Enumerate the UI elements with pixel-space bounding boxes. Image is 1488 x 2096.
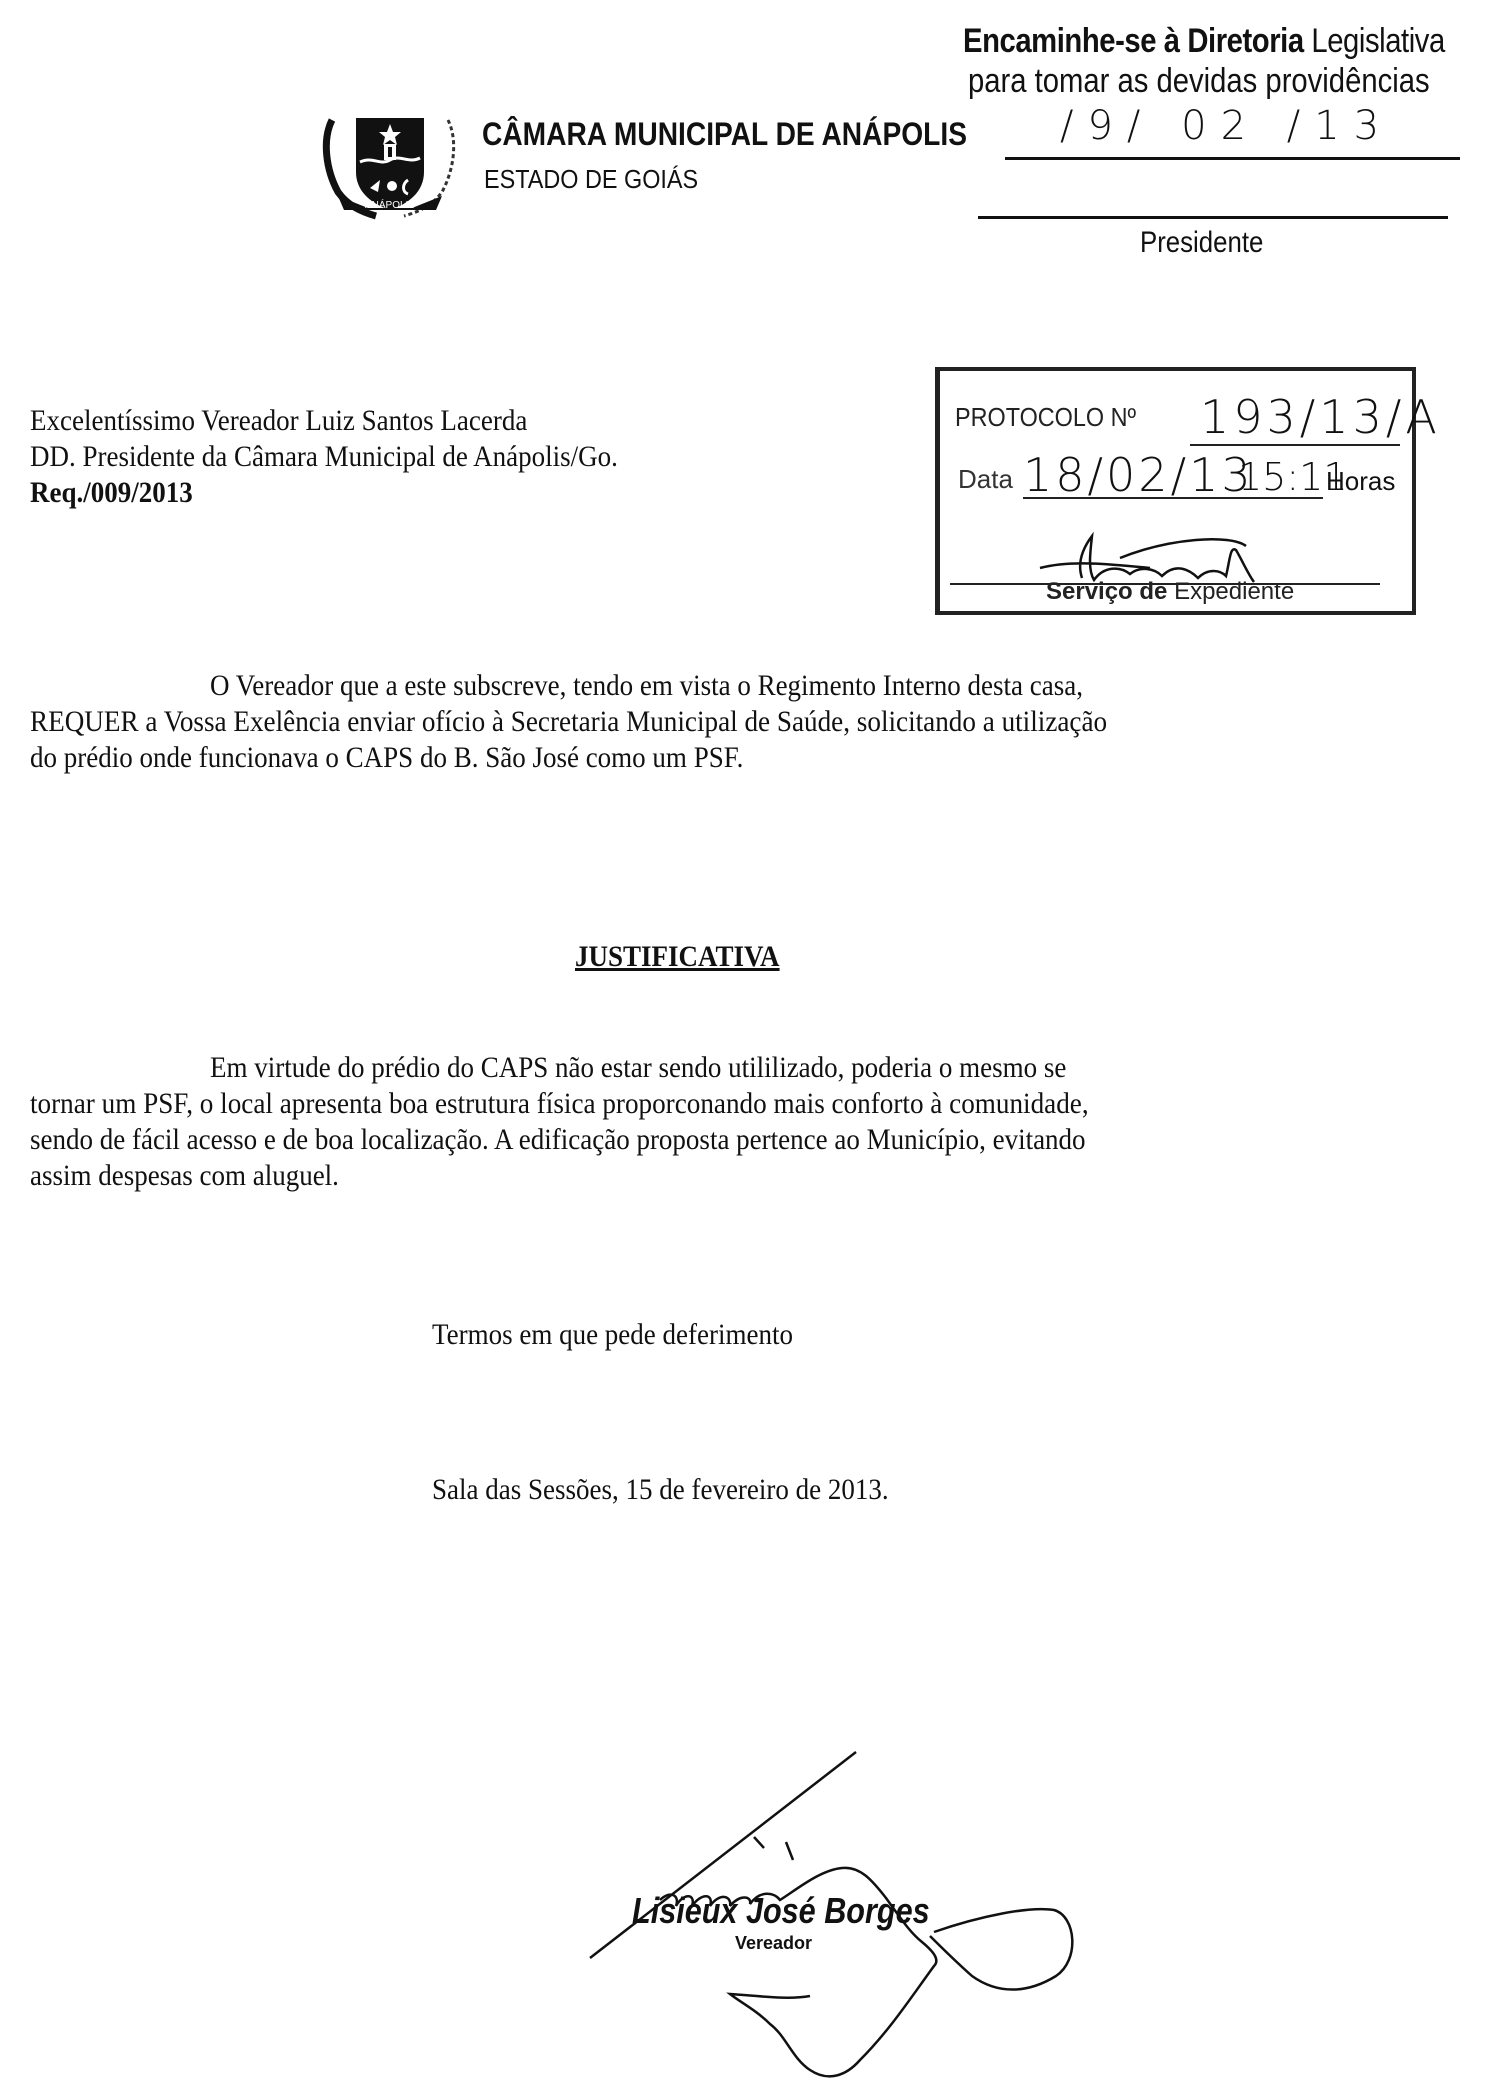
justification-line: assim despesas com aluguel. [30,1158,1265,1194]
justification-line: Em virtude do prédio do CAPS não estar s… [30,1050,1265,1086]
protocol-department-rest: Expediente [1167,578,1294,605]
request-reference: Req./009/2013 [30,476,193,510]
protocol-date-underline [1023,497,1323,499]
president-signature-line [978,216,1448,219]
request-paragraph: O Vereador que a este subscreve, tendo e… [30,668,1402,776]
protocol-department-bold: Serviço de [1046,578,1167,605]
closing-formula: Termos em que pede deferimento [432,1318,793,1352]
dispatch-date-handwritten: /9/ 02 /13 [1060,103,1393,149]
protocol-date-label: Data [958,464,1013,495]
state-name: ESTADO DE GOIÁS [484,164,698,195]
dispatch-instruction-line1: Encaminhe-se à Diretoria Legislativa [963,22,1445,61]
svg-text:ANÁPOLIS: ANÁPOLIS [365,198,415,211]
dispatch-date-underline [1005,157,1460,160]
protocol-label: PROTOCOLO Nº [955,402,1136,433]
justification-line: sendo de fácil acesso e de boa localizaç… [30,1122,1265,1158]
dispatch-instruction-line2: para tomar as devidas providências [968,62,1430,101]
addressee-title: DD. Presidente da Câmara Municipal de An… [30,440,618,474]
addressee-name: Excelentíssimo Vereador Luiz Santos Lace… [30,404,527,438]
protocol-department: Serviço de Expediente [1046,578,1294,606]
protocol-number-underline [1190,444,1400,446]
signer-title: Vereador [735,1933,812,1954]
dispatch-instruction-rest: Legislativa [1304,22,1445,60]
protocol-date: 18/02/13 [1023,448,1254,502]
justification-paragraph: Em virtude do prédio do CAPS não estar s… [30,1050,1402,1194]
protocol-number: 193/13/A [1200,390,1441,444]
signer-name: Lisieux José Borges [632,1890,930,1932]
municipal-crest-icon: ANÁPOLIS [318,100,462,224]
institution-name: CÂMARA MUNICIPAL DE ANÁPOLIS [482,116,967,153]
request-line: do prédio onde funcionava o CAPS do B. S… [30,740,1265,776]
justification-line: tornar um PSF, o local apresenta boa est… [30,1086,1272,1122]
president-label: Presidente [1140,226,1263,260]
request-line: O Vereador que a este subscreve, tendo e… [30,668,1265,704]
request-line: REQUER a Vossa Exelência enviar ofício à… [30,704,1272,740]
dispatch-instruction-bold: Encaminhe-se à Diretoria [963,22,1304,60]
place-and-date: Sala das Sessões, 15 de fevereiro de 201… [432,1473,889,1507]
protocol-hours-label: Horas [1326,466,1395,497]
justification-title: JUSTIFICATIVA [575,940,780,974]
